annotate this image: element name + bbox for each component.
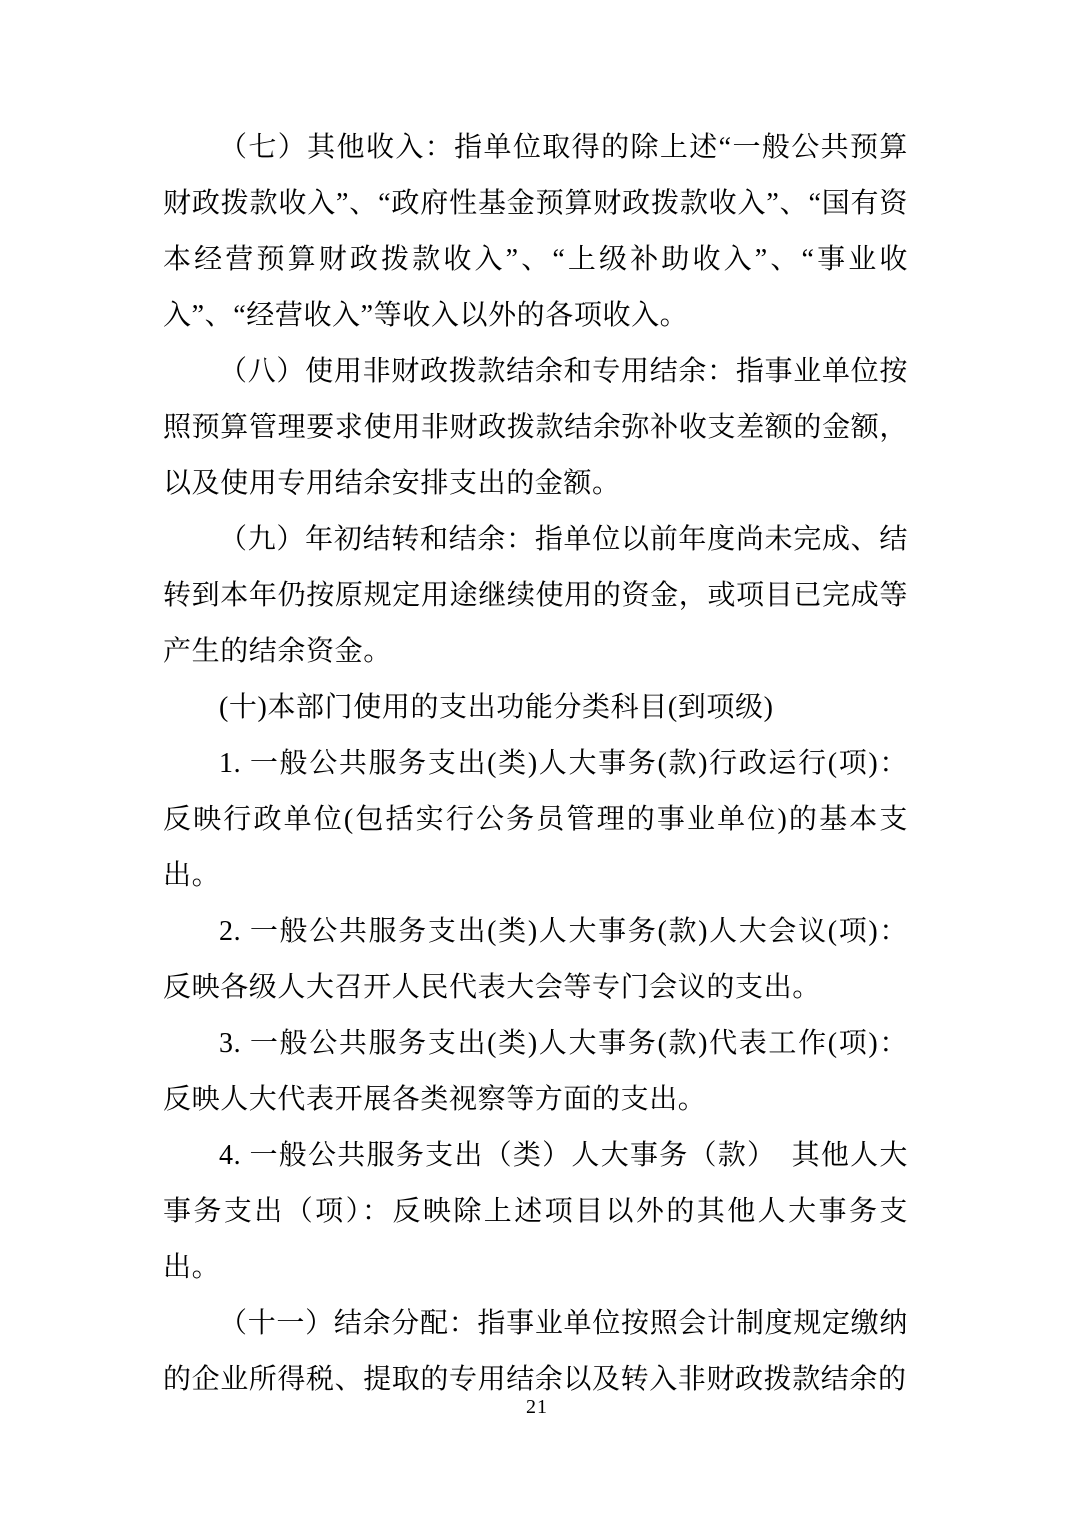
document-body: （七）其他收入：指单位取得的除上述“一般公共预算财政拨款收入”、“政府性基金预算… bbox=[163, 120, 908, 1408]
paragraph-item-1-administrative-operation: 1. 一般公共服务支出(类)人大事务(款)行政运行(项)：反映行政单位(包括实行… bbox=[163, 736, 908, 904]
paragraph-other-income: （七）其他收入：指单位取得的除上述“一般公共预算财政拨款收入”、“政府性基金预算… bbox=[163, 120, 908, 344]
paragraph-item-4-other-npc-affairs: 4. 一般公共服务支出（类）人大事务（款） 其他人大事务支出（项）：反映除上述项… bbox=[163, 1128, 908, 1296]
paragraph-item-3-deputy-work: 3. 一般公共服务支出(类)人大事务(款)代表工作(项)：反映人大代表开展各类视… bbox=[163, 1016, 908, 1128]
paragraph-expenditure-classification-heading: (十)本部门使用的支出功能分类科目(到项级) bbox=[163, 680, 908, 736]
paragraph-carryover-beginning-year: （九）年初结转和结余：指单位以前年度尚未完成、结转到本年仍按原规定用途继续使用的… bbox=[163, 512, 908, 680]
page-number: 21 bbox=[0, 1394, 1074, 1420]
document-page: （七）其他收入：指单位取得的除上述“一般公共预算财政拨款收入”、“政府性基金预算… bbox=[0, 0, 1074, 1520]
paragraph-surplus-distribution: （十一）结余分配：指事业单位按照会计制度规定缴纳的企业所得税、提取的专用结余以及… bbox=[163, 1296, 908, 1408]
paragraph-item-2-npc-meetings: 2. 一般公共服务支出(类)人大事务(款)人大会议(项)：反映各级人大召开人民代… bbox=[163, 904, 908, 1016]
paragraph-non-fiscal-surplus: （八）使用非财政拨款结余和专用结余：指事业单位按照预算管理要求使用非财政拨款结余… bbox=[163, 344, 908, 512]
